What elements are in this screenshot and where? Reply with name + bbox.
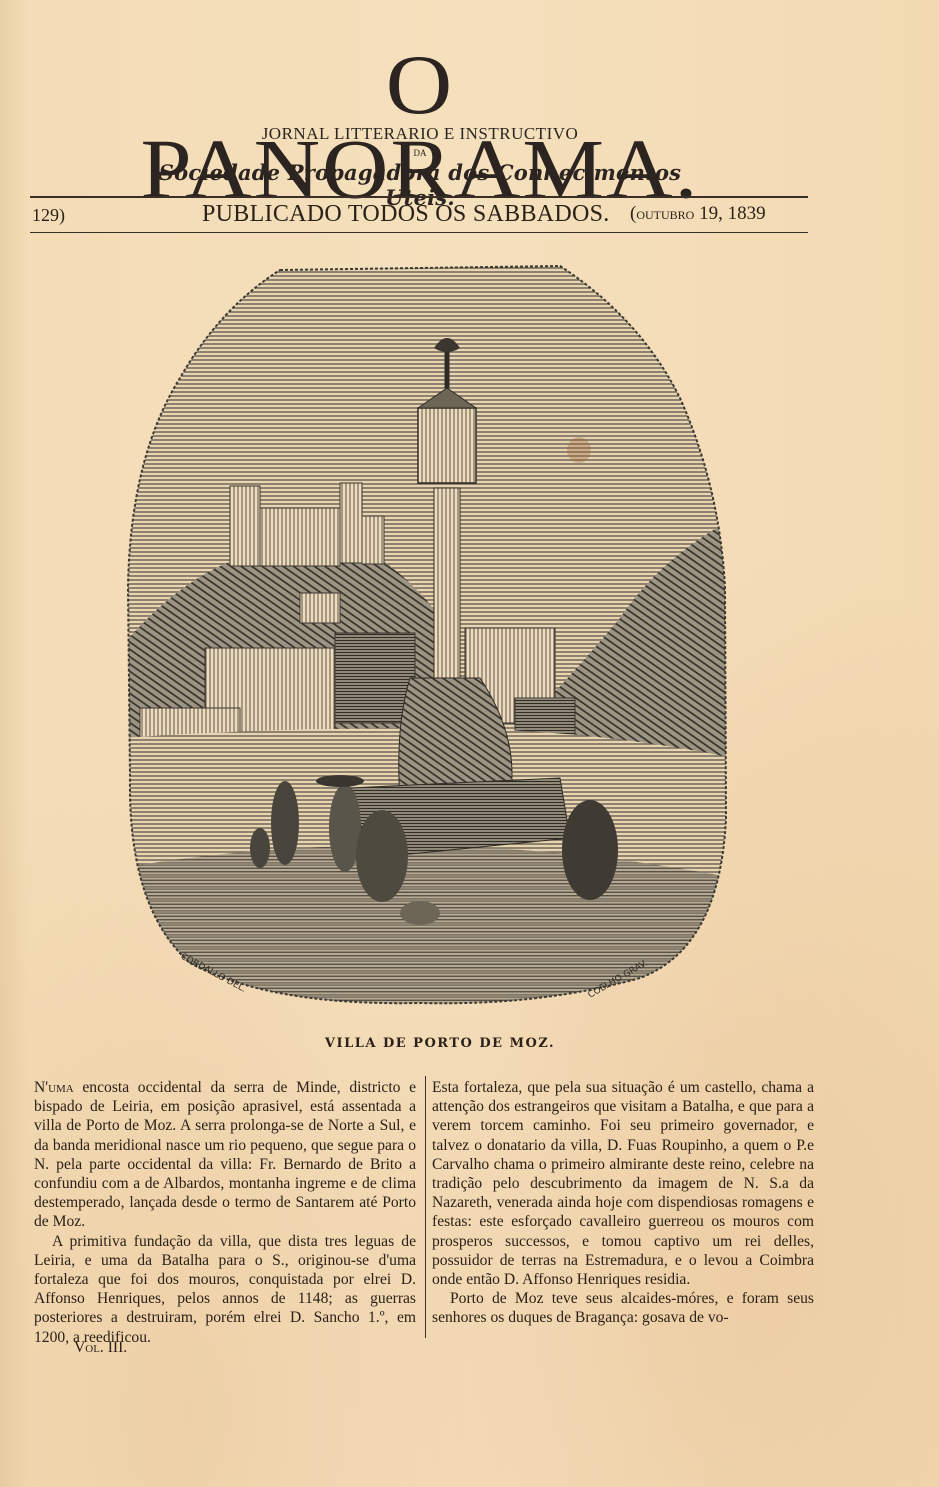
paragraph-text: encosta occidental da serra de Minde, di… bbox=[34, 1079, 416, 1230]
column-divider bbox=[425, 1076, 426, 1338]
date-day-year: 19, 1839 bbox=[694, 203, 765, 224]
paragraph: Porto de Moz teve seus alcaides-móres, e… bbox=[432, 1289, 814, 1327]
issue-date: (outubro 19, 1839 bbox=[630, 203, 766, 225]
top-rule bbox=[30, 196, 808, 198]
dropcap-word: N'uma bbox=[34, 1079, 74, 1096]
bottom-rule bbox=[30, 232, 808, 233]
article-column-1: N'uma encosta occidental da serra de Min… bbox=[34, 1078, 416, 1347]
paragraph: A primitiva fundação da villa, que dista… bbox=[34, 1232, 416, 1347]
volume-label: Vol. III. bbox=[74, 1339, 127, 1357]
paragraph: Esta fortaleza, que pela sua situação é … bbox=[432, 1078, 814, 1289]
engraving-illustration: CORDALLO DEL. COELHO GRAV. bbox=[120, 258, 734, 1006]
masthead-da: DA bbox=[140, 148, 700, 158]
paragraph: N'uma encosta occidental da serra de Min… bbox=[34, 1078, 416, 1232]
issue-bar: 129) PUBLICADO TODOS OS SABBADOS. (outub… bbox=[30, 201, 810, 231]
publication-frequency: PUBLICADO TODOS OS SABBADOS. bbox=[202, 201, 610, 228]
masthead-subtitle: JORNAL LITTERARIO E INSTRUCTIVO bbox=[140, 124, 700, 144]
date-month: outubro bbox=[636, 204, 694, 223]
article-column-2: Esta fortaleza, que pela sua situação é … bbox=[432, 1078, 814, 1328]
issue-number: 129) bbox=[32, 205, 65, 226]
illustration-caption: VILLA DE PORTO DE MOZ. bbox=[200, 1036, 680, 1051]
paper-stain bbox=[567, 437, 591, 463]
